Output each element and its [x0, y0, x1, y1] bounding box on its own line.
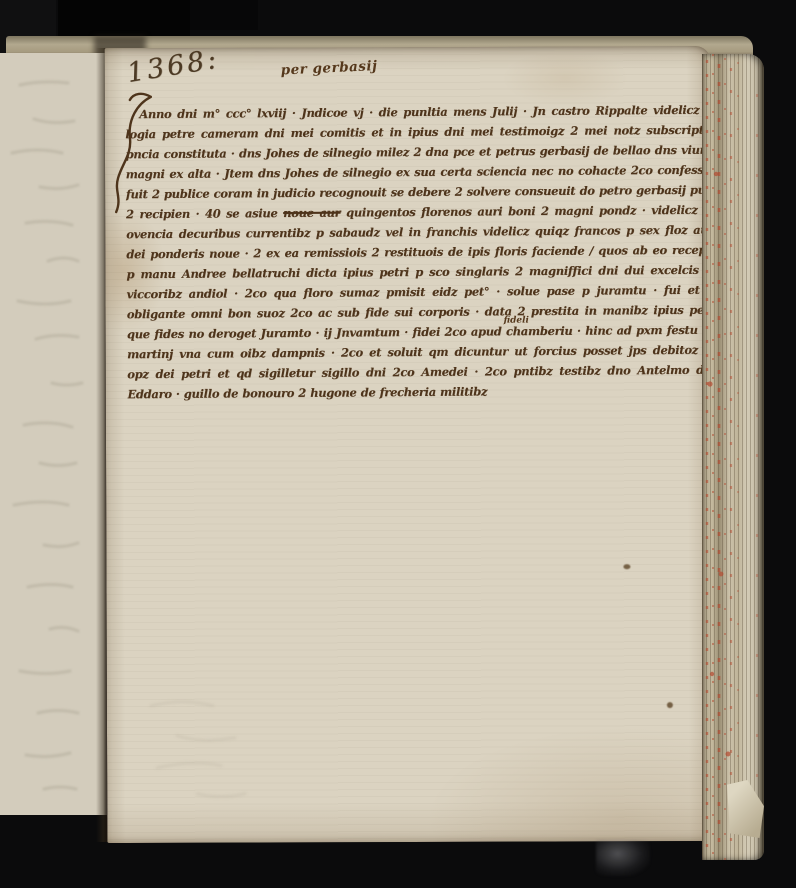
manuscript-text-block: Anno dni m° ccc° lxviij · Jndicoe vj · d… [125, 100, 719, 405]
ghost-text-showthrough [0, 53, 107, 815]
red-edge-speckles [702, 54, 764, 860]
manuscript-page: 1368: per gerbasij Anno dni m° ccc° lxvi… [105, 46, 714, 843]
fore-edge-page-stack [702, 54, 764, 860]
facing-page-edge [0, 53, 107, 815]
struck-through-words: noue aur [283, 206, 340, 220]
manuscript-photo: 1368: per gerbasij Anno dni m° ccc° lxvi… [0, 0, 796, 888]
interlinear-note: fideli [504, 316, 529, 326]
clamp-reflection [596, 840, 650, 876]
heading-docket: per gerbasij [280, 58, 377, 79]
year-annotation: 1368: [125, 44, 222, 89]
verso-showthrough-marks [137, 687, 377, 808]
backdrop-dark-patch [190, 0, 258, 30]
ink-speck [623, 564, 630, 569]
manuscript-text-line: Eddaro · guillo de bonouro 2 hugone de f… [127, 380, 719, 405]
ink-speck [667, 702, 673, 708]
